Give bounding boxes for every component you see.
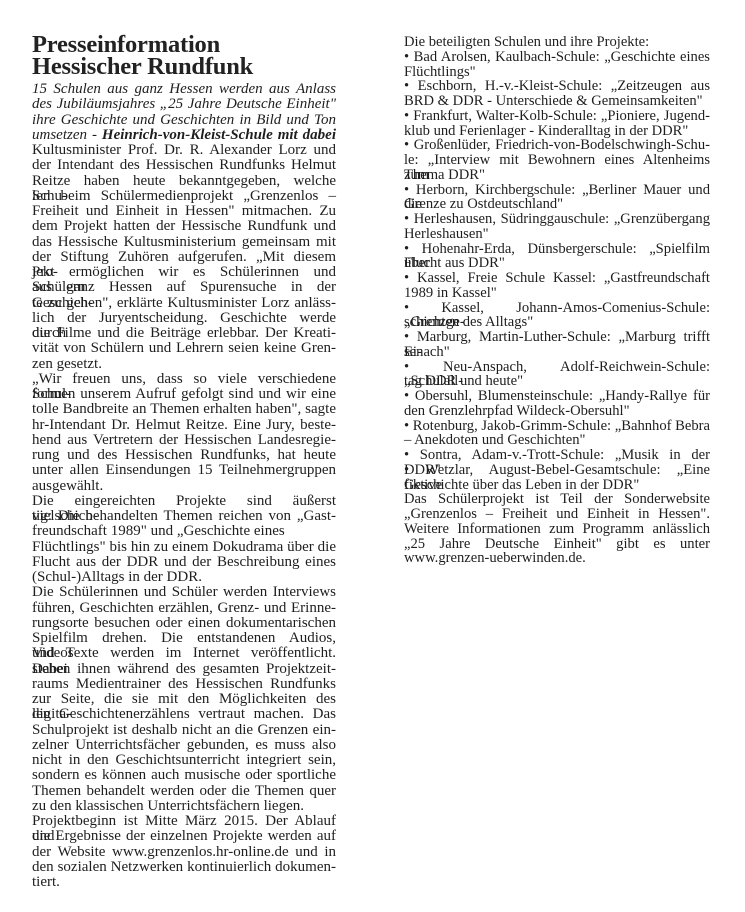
line-text: vität von Schülern und Lehrern seien kei… [32,340,336,356]
list-line: • Bad Arolsen, Kaulbach-Schule: „Geschic… [404,50,710,65]
text-line: len beim Schülermedienprojekt „Grenzenlo… [32,189,336,204]
text-line: jekt ermöglichen wir es Schülerinnen und… [32,265,336,280]
line-text: der Intendant des Hessischen Rundfunks H… [32,157,336,173]
list-line: • Kassel, Freie Schule Kassel: „Gastfreu… [404,271,710,286]
line-text: Flucht aus der DDR und der Beschreibung … [32,554,336,570]
list-line: • Hohenahr-Erda, Dünsbergerschule: „Spie… [404,242,710,257]
line-text: • Großenlüder, Friedrich-von-Bodelschwin… [404,137,710,153]
list-line: • Obersuhl, Blumensteinschule: „Handy-Ra… [404,389,710,404]
list-line: le: „Interview mit Bewohnern eines Alten… [404,153,710,168]
line-text: rungsorte besuchen oder einen dokumentar… [32,615,336,631]
text-line: Themen behandelt werden oder die Themen … [32,784,336,799]
list-line: Herleshausen" [404,227,710,242]
text-line: ihre Geschichte und Geschichten in Bild … [32,113,336,128]
line-text: „25 Jahre Deutsche Einheit" gibt es unte… [404,536,710,552]
line-text: • Herleshausen, Südringgauschule: „Grenz… [404,211,710,227]
line-text: rung und des Hessischen Rundfunks, hat h… [32,447,336,463]
text-line: Flüchtlings" bis hin zu einem Dokudrama … [32,540,336,555]
text-line: lich der Juryentscheidung. Geschichte we… [32,311,336,326]
text-line: und Texte werden im Internet veröffentli… [32,646,336,661]
list-line: • Frankfurt, Walter-Kolb-Schule: „Pionie… [404,109,710,124]
list-line: • Sontra, Adam-v.-Trott-Schule: „Musik i… [404,448,710,463]
line-text: BRD & DDR - Unterschiede & Gemeinsamkeit… [404,93,703,109]
line-text: tiert. [32,874,60,890]
text-line: ausgewählt. [32,479,336,494]
list-line: Grenze zu Ostdeutschland" [404,197,710,212]
line-text: zen gesetzt. [32,356,102,372]
line-text: Grenze zu Ostdeutschland" [404,196,563,212]
line-text: die Filme und die Beiträge erlebbar. Der… [32,325,336,341]
line-text: Die Schülerinnen und Schüler werden Inte… [32,584,336,600]
line-text: raums Medientrainer des Hessischen Rundf… [32,676,336,692]
text-line: zur Seite, die sie mit den Möglichkeiten… [32,692,336,707]
text-line: tolle Bandbreite an Themen erhalten habe… [32,402,336,417]
list-line: Das Schülerprojekt ist Teil der Sonderwe… [404,492,710,507]
list-line: Flüchtlings" [404,65,710,80]
line-text: • Eschborn, H.-v.-Kleist-Schule: „Zeitze… [404,78,710,94]
line-text: zu den klassischen Unterrichtsfächern li… [32,798,304,814]
text-line: Freiheit und Einheit in Hessen" mitmache… [32,204,336,219]
list-line: – Anekdoten und Geschichten" [404,433,710,448]
text-line: Spielfilm drehen. Die entstandenen Audio… [32,631,336,646]
text-line: den sozialen Netzwerken kontinuierlich d… [32,860,336,875]
line-text: • Bad Arolsen, Kaulbach-Schule: „Geschic… [404,49,710,65]
text-line: formen unserem Aufruf gefolgt sind und w… [32,387,336,402]
line-text: freundschaft 1989" und „Geschichte eines [32,523,285,539]
text-line: zu den klassischen Unterrichtsfächern li… [32,799,336,814]
list-line: senach" [404,345,710,360]
text-line: Flucht aus der DDR und der Beschreibung … [32,555,336,570]
text-line: freundschaft 1989" und „Geschichte eines [32,524,336,539]
school-project-list: Die beteiligten Schulen und ihre Projekt… [404,35,710,566]
text-line: aus ganz Hessen auf Spurensuche in der G… [32,280,336,295]
text-line: tig: Die behandelten Themen reichen von … [32,509,336,524]
line-text: ihre Geschichte und Geschichten in Bild … [32,112,336,128]
line-text: tag DDR und heute" [404,373,523,389]
text-line: rungsorte besuchen oder einen dokumentar… [32,616,336,631]
text-line: vität von Schülern und Lehrern seien kei… [32,341,336,356]
page-title: Presseinformation Hessischer Rundfunk [32,34,336,78]
line-text: sondern es können auch musische oder spo… [32,767,336,783]
text-line: tiert. [32,875,336,890]
line-text: stehen ihnen während des gesamten Projek… [32,661,336,677]
line-text: hr-Intendant Dr. Helmut Reitze. Eine Jur… [32,417,336,433]
list-line: • Wetzlar, August-Bebel-Gesamtschule: „E… [404,463,710,478]
line-text: die Ergebnisse der einzelnen Projekte we… [32,828,336,844]
left-column: Presseinformation Hessischer Rundfunk 15… [32,34,336,890]
text-line: dem Projekt hatten der Hessische Rundfun… [32,219,336,234]
text-line: hr-Intendant Dr. Helmut Reitze. Eine Jur… [32,418,336,433]
text-line: stehen ihnen während des gesamten Projek… [32,662,336,677]
list-line: • Marburg, Martin-Luther-Schule: „Marbur… [404,330,710,345]
line-text: Schulprojekt ist deshalb nicht an die Gr… [32,722,336,738]
list-line: „25 Jahre Deutsche Einheit" gibt es unte… [404,537,710,552]
list-line: klub und Ferienlager - Kinderalltag in d… [404,124,710,139]
text-line: Reitze haben heute bekanntgegeben, welch… [32,174,336,189]
line-text: schichten des Alltags" [404,314,533,330]
line-text: Thema DDR" [404,167,485,183]
text-line: zelner Unterrichtsfächer gebunden, es mu… [32,738,336,753]
line-text: zelner Unterrichtsfächer gebunden, es mu… [32,737,336,753]
text-line: führen, Geschichten erzählen, Grenz- und… [32,601,336,616]
text-line: (Schul-)Alltags in der DDR. [32,570,336,585]
right-column: Die beteiligten Schulen und ihre Projekt… [404,35,710,566]
line-text: (Schul-)Alltags in der DDR. [32,569,202,585]
text-line: der Intendant des Hessischen Rundfunks H… [32,158,336,173]
line-text: • Frankfurt, Walter-Kolb-Schule: „Pionie… [404,108,710,124]
line-text: dem Projekt hatten der Hessische Rundfun… [32,218,336,234]
text-line: der Website www.grenzenlos.hr-online.de … [32,845,336,860]
text-line: die Ergebnisse der einzelnen Projekte we… [32,829,336,844]
line-text: umsetzen - [32,127,102,143]
list-line: Thema DDR" [404,168,710,183]
line-text: des Jubiläumsjahres „25 Jahre Deutsche E… [32,96,336,112]
text-line: nicht in den Geschichtsunterricht integr… [32,753,336,768]
text-line: Die Schülerinnen und Schüler werden Inte… [32,585,336,600]
text-line: raums Medientrainer des Hessischen Rundf… [32,677,336,692]
line-text: • Obersuhl, Blumensteinschule: „Handy-Ra… [404,388,710,404]
text-line: der Stiftung Zuhören aufgerufen. „Mit di… [32,250,336,265]
text-line: Die eingereichten Projekte sind äußerst … [32,494,336,509]
line-text: Themen behandelt werden oder die Themen … [32,783,336,799]
text-line: zen gesetzt. [32,357,336,372]
line-text: www.grenzen-ueberwinden.de. [404,550,586,566]
list-line: Weitere Informationen zum Programm anläs… [404,522,710,537]
line-text: „Grenzenlos – Freiheit und Einheit in He… [404,506,710,522]
text-line: die Filme und die Beiträge erlebbar. Der… [32,326,336,341]
line-text: Geschichte über das Leben in der DDR" [404,477,639,493]
list-line: • Kassel, Johann-Amos-Comenius-Schule: „… [404,301,710,316]
text-line: Kultusminister Prof. Dr. R. Alexander Lo… [32,143,336,158]
line-text: den Grenzlehrpfad Wildeck-Obersuhl" [404,403,630,419]
line-text: den sozialen Netzwerken kontinuierlich d… [32,859,336,875]
line-text: hend aus Vertretern der Hessischen Lande… [32,432,336,448]
title-line-2: Hessischer Rundfunk [32,56,336,78]
line-text: Weitere Informationen zum Programm anläs… [404,521,710,537]
list-line: • Herborn, Kirchbergschule: „Berliner Ma… [404,183,710,198]
text-line: unter allen Einsendungen 15 Teilnehmergr… [32,463,336,478]
list-line: Die beteiligten Schulen und ihre Projekt… [404,35,710,50]
text-line: Schulprojekt ist deshalb nicht an die Gr… [32,723,336,738]
list-line: Flucht aus DDR" [404,256,710,271]
line-text: Flüchtlings" bis hin zu einem Dokudrama … [32,539,336,555]
line-text: 1989 in Kassel" [404,285,497,301]
highlighted-school-name: Heinrich-von-Kleist-Schule mit dabei [102,127,336,143]
text-line: rung und des Hessischen Rundfunks, hat h… [32,448,336,463]
line-text: tolle Bandbreite an Themen erhalten habe… [32,401,336,417]
text-line: das Hessische Kultusministerium gemeinsa… [32,235,336,250]
line-text: nicht in den Geschichtsunterricht integr… [32,752,336,768]
line-text: das Hessische Kultusministerium gemeinsa… [32,234,336,250]
list-line: den Grenzlehrpfad Wildeck-Obersuhl" [404,404,710,419]
line-text: 15 Schulen aus ganz Hessen werden aus An… [32,81,336,97]
text-line: Projektbeginn ist Mitte März 2015. Der A… [32,814,336,829]
line-text: Flüchtlings" [404,64,476,80]
line-text: te zu gehen", erklärte Kultusminister Lo… [32,295,336,311]
list-line: www.grenzen-ueberwinden.de. [404,551,710,566]
text-line: sondern es können auch musische oder spo… [32,768,336,783]
line-text: len beim Schülermedienprojekt „Grenzenlo… [32,188,336,204]
list-line: • Herleshausen, Südringgauschule: „Grenz… [404,212,710,227]
line-text: formen unserem Aufruf gefolgt sind und w… [32,386,336,402]
line-text: Freiheit und Einheit in Hessen" mitmache… [32,203,336,219]
line-text: Die beteiligten Schulen und ihre Projekt… [404,34,649,50]
line-text: unter allen Einsendungen 15 Teilnehmergr… [32,462,336,478]
line-text: Das Schülerprojekt ist Teil der Sonderwe… [404,491,710,507]
line-text: • Kassel, Freie Schule Kassel: „Gastfreu… [404,270,710,286]
text-line: te zu gehen", erklärte Kultusminister Lo… [32,296,336,311]
line-text: klub und Ferienlager - Kinderalltag in d… [404,123,688,139]
list-line: tag DDR und heute" [404,374,710,389]
line-text: – Anekdoten und Geschichten" [404,432,585,448]
list-line: • Rotenburg, Jakob-Grimm-Schule: „Bahnho… [404,419,710,434]
text-line: hend aus Vertretern der Hessischen Lande… [32,433,336,448]
list-line: BRD & DDR - Unterschiede & Gemeinsamkeit… [404,94,710,109]
line-text: Herleshausen" [404,226,489,242]
list-line: Geschichte über das Leben in der DDR" [404,478,710,493]
line-text: Flucht aus DDR" [404,255,505,271]
text-line: umsetzen - Heinrich-von-Kleist-Schule mi… [32,128,336,143]
line-text: Kultusminister Prof. Dr. R. Alexander Lo… [32,142,336,158]
line-text: führen, Geschichten erzählen, Grenz- und… [32,600,336,616]
list-line: • Neu-Anspach, Adolf-Reichwein-Schule: „… [404,360,710,375]
line-text: tig: Die behandelten Themen reichen von … [32,508,336,524]
line-text: • Rotenburg, Jakob-Grimm-Schule: „Bahnho… [404,418,710,434]
line-text: len Geschichtenerzählens vertraut machen… [32,706,336,722]
text-line: „Wir freuen uns, dass so viele verschied… [32,372,336,387]
list-line: • Eschborn, H.-v.-Kleist-Schule: „Zeitze… [404,79,710,94]
list-line: schichten des Alltags" [404,315,710,330]
text-line: len Geschichtenerzählens vertraut machen… [32,707,336,722]
list-line: „Grenzenlos – Freiheit und Einheit in He… [404,507,710,522]
text-line: 15 Schulen aus ganz Hessen werden aus An… [32,82,336,97]
text-line: des Jubiläumsjahres „25 Jahre Deutsche E… [32,97,336,112]
list-line: 1989 in Kassel" [404,286,710,301]
list-line: • Großenlüder, Friedrich-von-Bodelschwin… [404,138,710,153]
article-body-left: 15 Schulen aus ganz Hessen werden aus An… [32,82,336,890]
line-text: senach" [404,344,450,360]
line-text: ausgewählt. [32,478,103,494]
line-text: der Website www.grenzenlos.hr-online.de … [32,844,336,860]
